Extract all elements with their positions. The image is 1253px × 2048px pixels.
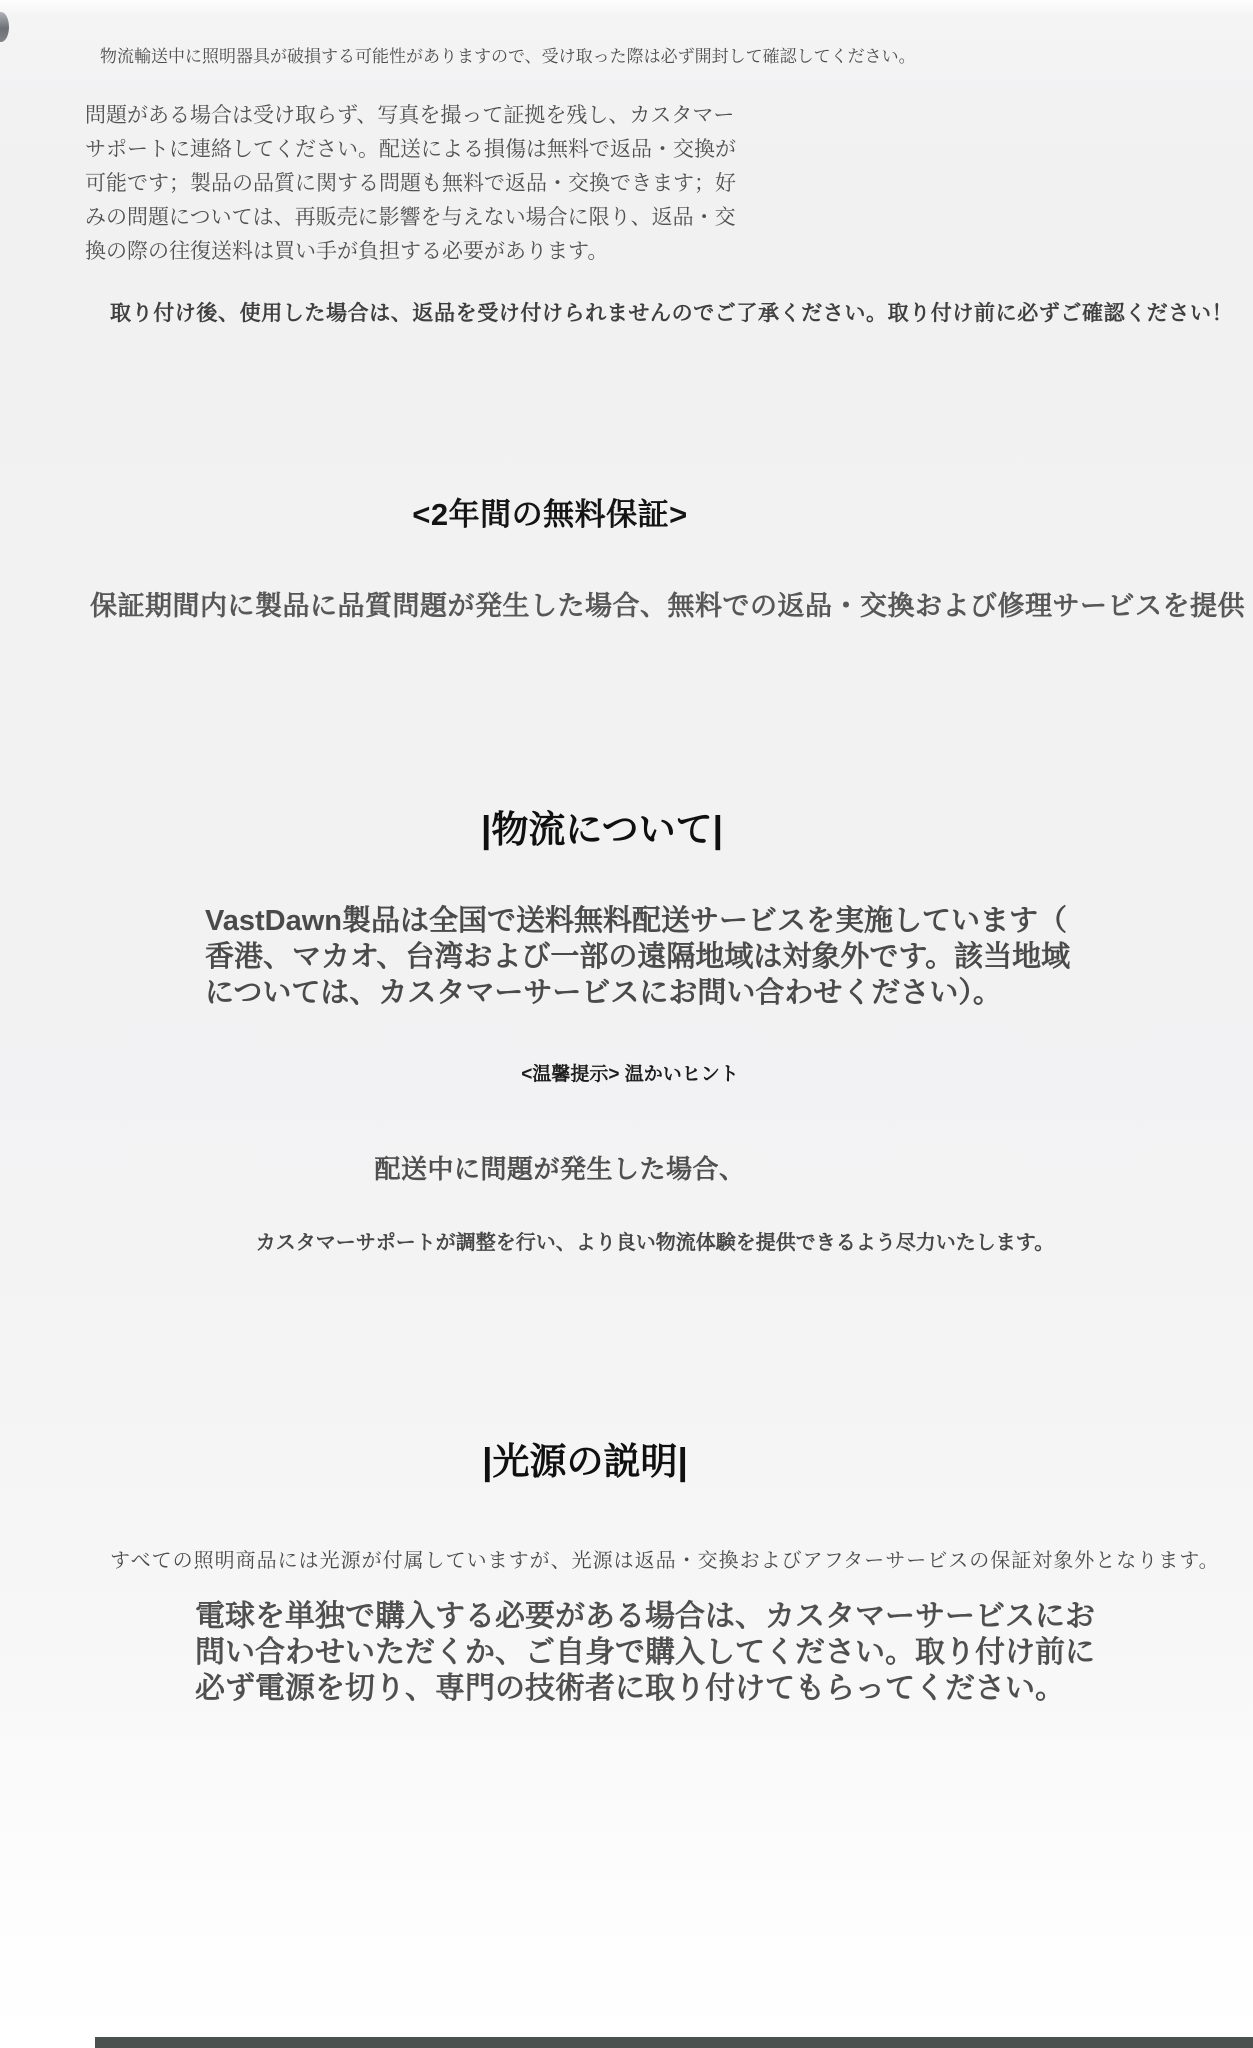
delivery-issue-body: カスタマーサポートが調整を行い、より良い物流体験を提供できるよう尽力いたします。 [155,1226,1155,1255]
return-policy-line: 換の際の往復送料は買い手が負担する必要があります。 [85,235,736,269]
return-policy-line: サポートに連絡してください。配送による損傷は無料で返品・交換が [85,133,736,167]
light-source-line: 電球を単独で購入する必要がある場合は、カスタマーサービスにお [195,1599,1095,1635]
product-info-page: 物流輸送中に照明器具が破損する可能性がありますので、受け取った際は必ず開封して確… [0,0,1253,2048]
top-edge-highlight [0,0,1253,16]
logistics-line: VastDawn製品は全国で送料無料配送サービスを実施しています（ [205,903,1070,939]
return-policy-line: みの問題については、再販売に影響を与えない場合に限り、返品・交 [85,201,736,235]
return-policy-line: 可能です；製品の品質に関する問題も無料で返品・交換できます；好 [85,167,736,201]
bottom-section-divider-bar [95,2037,1253,2048]
light-source-note: すべての照明商品には光源が付属していますが、光源は返品・交換およびアフターサービ… [110,1544,1220,1573]
light-source-line: 必ず電源を切り、専門の技術者に取り付けてもらってください。 [195,1671,1095,1707]
delivery-issue-heading: 配送中に問題が発生した場合、 [60,1149,1060,1186]
logistics-line: 香港、マカオ、台湾および一部の遠隔地域は対象外です。該当地域 [205,939,1070,975]
logistics-section-heading: |物流について| [0,799,1204,853]
light-source-line: 問い合わせいただくか、ご自身で購入してください。取り付け前に [195,1635,1095,1671]
warranty-body-text: 保証期間内に製品に品質問題が発生した場合、無料での返品・交換および修理サービスを… [90,584,1245,623]
light-source-paragraph: 電球を単独で購入する必要がある場合は、カスタマーサービスにお 問い合わせいただく… [195,1599,1095,1707]
light-source-section-heading: |光源の説明| [85,1431,1085,1485]
return-policy-paragraph: 問題がある場合は受け取らず、写真を撮って証拠を残し、カスタマー サポートに連絡し… [85,99,736,269]
warm-tip-label: <温馨提示> 温かいヒント [130,1059,1130,1086]
warranty-section-heading: <2年間の無料保証> [0,489,1100,534]
shipping-inspection-note: 物流輸送中に照明器具が破損する可能性がありますので、受け取った際は必ず開封して確… [100,42,916,67]
install-warning-note: 取り付け後、使用した場合は、返品を受け付けられませんのでご了承ください。取り付け… [110,297,1233,327]
logistics-line: については、カスタマーサービスにお問い合わせください）。 [205,975,1070,1011]
logistics-paragraph: VastDawn製品は全国で送料無料配送サービスを実施しています（ 香港、マカオ… [205,903,1070,1011]
corner-blob-decoration [0,12,9,42]
return-policy-line: 問題がある場合は受け取らず、写真を撮って証拠を残し、カスタマー [85,99,736,133]
